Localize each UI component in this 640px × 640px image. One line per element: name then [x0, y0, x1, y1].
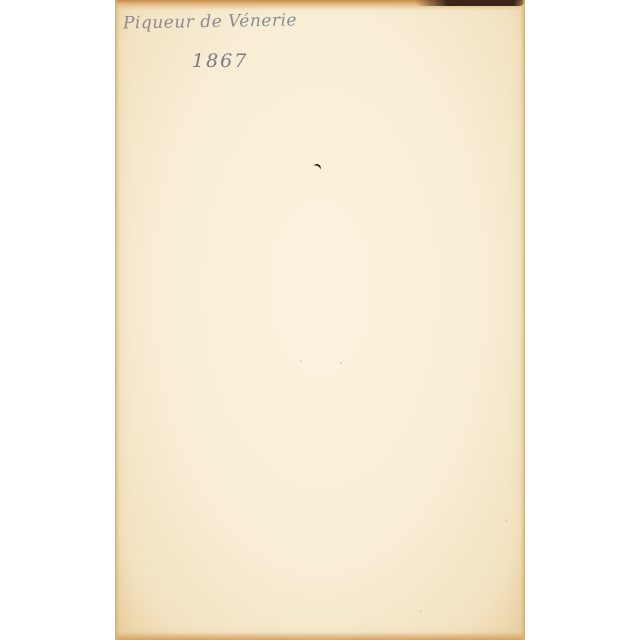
bottom-edge-stain [115, 632, 525, 640]
handwritten-year: 1867 [192, 50, 248, 72]
right-edge-wear [522, 0, 525, 640]
speckle [300, 360, 302, 362]
handwritten-inscription: Piqueur de Vénerie [123, 12, 297, 32]
speckle [340, 362, 342, 364]
left-edge-wear [115, 0, 118, 640]
photo-card-back: Piqueur de Vénerie 1867 [115, 0, 525, 640]
speckle [420, 610, 422, 612]
dark-corner-stain [415, 0, 525, 6]
speckle [505, 520, 507, 522]
